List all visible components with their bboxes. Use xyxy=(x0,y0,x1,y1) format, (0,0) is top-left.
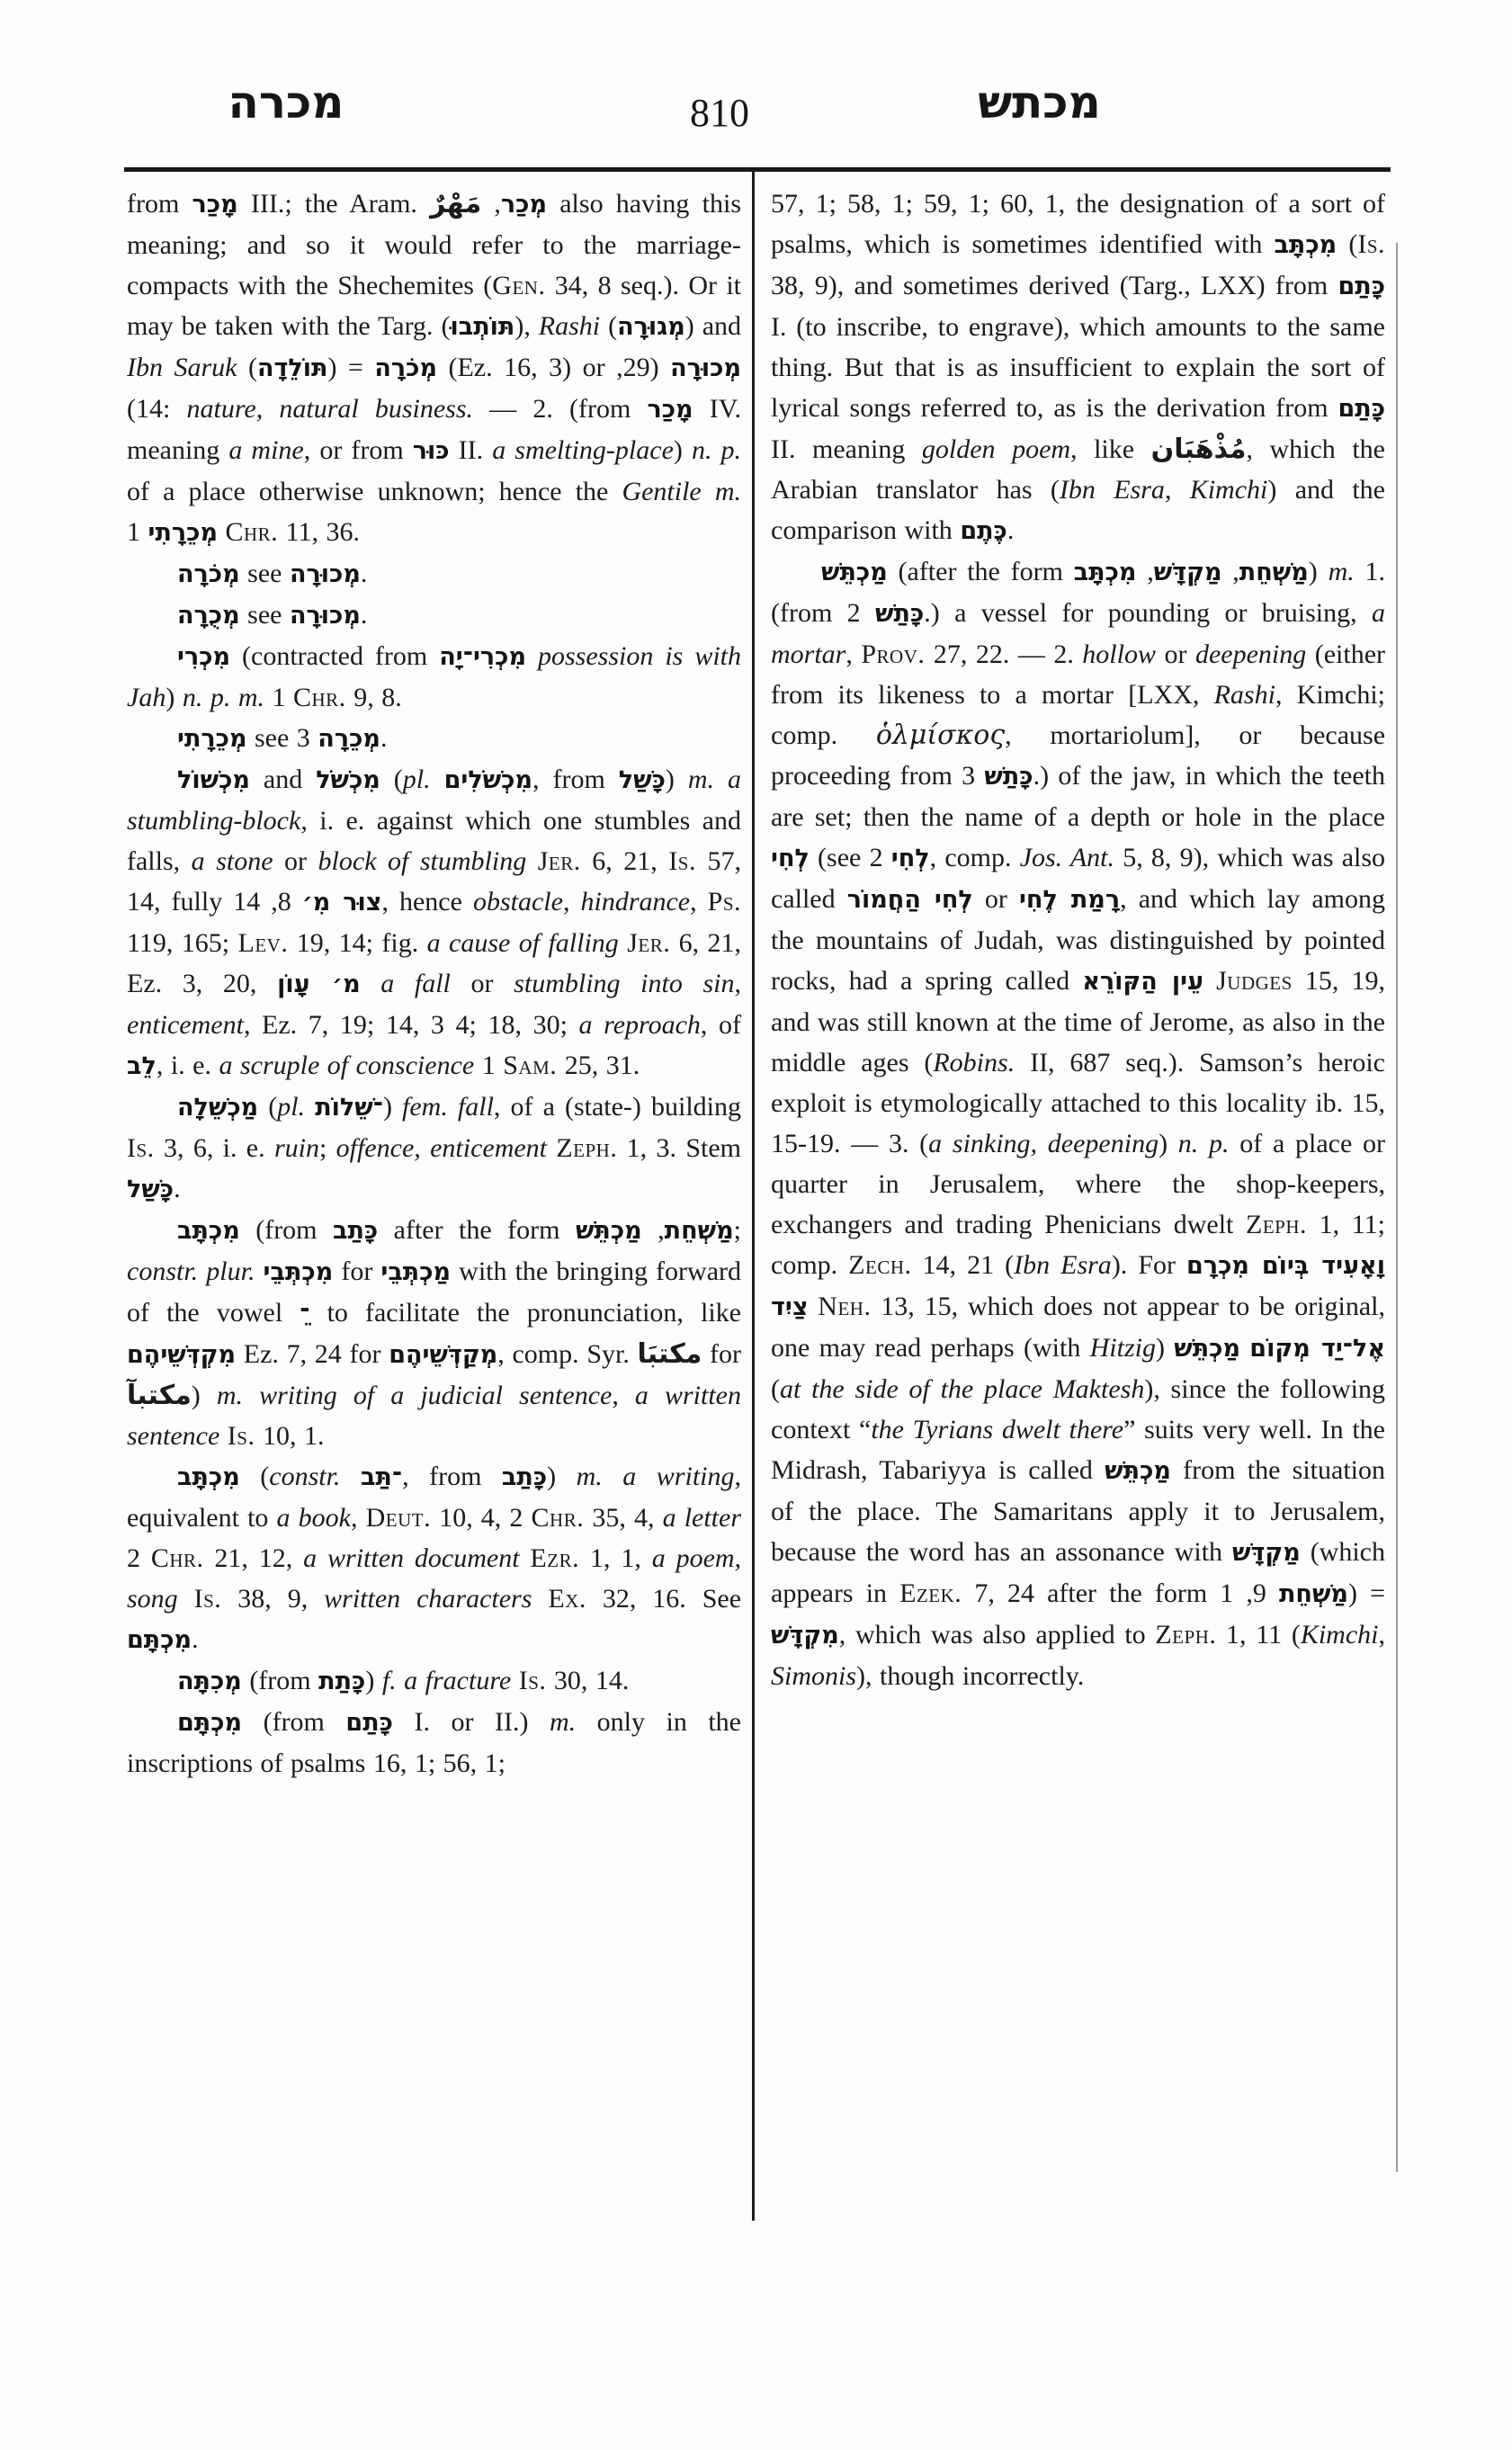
body-text: 14, 21 ( xyxy=(912,1250,1015,1280)
body-text xyxy=(305,1092,315,1122)
body-text xyxy=(361,969,381,998)
body-text: ( xyxy=(237,353,257,382)
body-text: see xyxy=(246,723,296,753)
body-text: ) and xyxy=(685,311,741,341)
italic-text: a fracture xyxy=(404,1666,511,1695)
italic-text: a scruple of conscience xyxy=(219,1051,474,1080)
body-text: , xyxy=(481,189,501,219)
body-text: — 2. (from xyxy=(473,394,647,424)
hebrew-text: מִכְרִי xyxy=(177,643,230,671)
body-text: , which was also applied to xyxy=(839,1620,1156,1650)
hebrew-text: מִכְתָּם xyxy=(127,1626,192,1654)
body-text: ; xyxy=(734,1215,741,1245)
body-text: II. xyxy=(450,435,493,465)
body-text: ; xyxy=(319,1133,336,1163)
entry-makhshelah: מַכְשֵׁלָה (pl. ־שֵׁלוֹת) fem. fall, of … xyxy=(127,1086,741,1210)
hebrew-text: ־תַּב xyxy=(361,1463,402,1491)
italic-text: offence, enticement xyxy=(336,1133,547,1163)
hebrew-text: צוּר מִ׳ xyxy=(302,889,382,917)
italic-text: n. p. m. xyxy=(183,683,264,712)
italic-text: ruin xyxy=(274,1133,319,1163)
body-text: 38, 9), and sometimes derived (Targ., LX… xyxy=(771,271,1338,300)
book-reference: Sam. xyxy=(503,1051,557,1080)
hebrew-text: מְגוּרָה xyxy=(617,313,685,341)
body-text: 21, 12, xyxy=(204,1543,304,1573)
body-text: 9, 8. xyxy=(346,683,402,712)
italic-text: nature, natural business. xyxy=(187,394,474,424)
body-text xyxy=(526,846,538,876)
body-text: 3, 6, i. e. xyxy=(155,1133,274,1163)
italic-text: hollow xyxy=(1082,639,1156,669)
hebrew-text: לְחִי xyxy=(771,845,810,872)
body-text: , comp. Syr. xyxy=(497,1339,637,1369)
body-text: . xyxy=(174,1174,181,1203)
hebrew-text: מִקְדָּשׁ xyxy=(771,1622,839,1650)
body-text: ) xyxy=(666,765,688,794)
italic-text: Ibn Esra, Kimchi xyxy=(1060,475,1267,505)
body-text: , xyxy=(1222,557,1239,586)
italic-text: a book xyxy=(277,1503,351,1533)
book-reference: Prov. xyxy=(861,639,925,669)
book-reference: Chr. xyxy=(532,1503,585,1533)
hebrew-text: לְחִי xyxy=(891,845,930,872)
book-reference: Ezr. xyxy=(530,1543,579,1573)
italic-text: a fall xyxy=(380,969,451,998)
body-text: for xyxy=(333,1256,380,1286)
body-text: , xyxy=(845,639,861,669)
body-text: ( xyxy=(240,1462,270,1491)
body-text: . xyxy=(361,600,368,630)
arabic-text: مَهْرٌ xyxy=(430,188,481,219)
entry-mikhtav-1: מִכְתָּב (from כָּתַב after the form מַש… xyxy=(127,1210,741,1456)
body-text xyxy=(511,1666,519,1695)
body-text: ) xyxy=(365,1666,382,1695)
hebrew-text: מְכֵרָתִי xyxy=(177,725,246,753)
italic-text: Ibn Saruk xyxy=(127,353,237,382)
italic-text: n. p. xyxy=(692,435,741,465)
arabic-text: مُذْهَبَان xyxy=(1151,434,1247,465)
body-text: or xyxy=(973,884,1019,914)
body-text: ) = xyxy=(327,353,374,382)
entry-mekhittah: מְכִתָּה (from כָּתַת) f. a fracture Is.… xyxy=(127,1660,741,1702)
italic-text: a cause of falling xyxy=(427,928,619,958)
italic-text: a smelting-place xyxy=(492,435,674,465)
italic-text: Gentile m. xyxy=(622,477,741,506)
body-text: 1, 1, xyxy=(579,1543,652,1573)
body-text: , or from xyxy=(304,435,413,465)
body-text: , xyxy=(642,1215,665,1245)
body-text: ) xyxy=(1156,1333,1174,1363)
body-text: ) xyxy=(674,435,692,465)
italic-text: m. xyxy=(550,1707,576,1737)
hebrew-text: מְכוּרָה xyxy=(290,560,361,588)
book-reference: Chr. xyxy=(293,683,346,712)
body-text: 2.) a vessel for pounding or bruising, xyxy=(847,598,1372,628)
body-text: ( xyxy=(1337,229,1357,259)
body-text: I. or II.) xyxy=(393,1707,550,1737)
hebrew-text: אֶל־יַד מְקוֹם xyxy=(1249,1335,1385,1363)
body-text: 35, 4, xyxy=(584,1503,662,1533)
book-reference: Zeph. xyxy=(1246,1210,1307,1239)
body-text xyxy=(255,1256,263,1286)
body-text: . xyxy=(1007,515,1015,545)
body-text xyxy=(397,1666,405,1695)
book-reference: Ex. xyxy=(548,1584,586,1614)
body-text: , like xyxy=(1070,434,1151,464)
book-reference: Neh. xyxy=(818,1292,871,1321)
body-text: 11, 36. xyxy=(278,517,360,547)
hebrew-text: מְכוּרָה xyxy=(290,602,361,630)
body-text: ), though incorrectly. xyxy=(856,1661,1084,1691)
hebrew-text: מַשְׁחֵת xyxy=(1239,559,1309,586)
header-hebrew-right: מכתש xyxy=(952,76,1127,130)
body-text: I. (to inscribe, to engrave), which amou… xyxy=(771,312,1385,423)
left-column: from מָכַר III.; the Aram. מְכַר, مَهْرٌ… xyxy=(127,183,741,1784)
body-text: or xyxy=(1156,639,1195,669)
italic-text: a reproach xyxy=(579,1010,701,1040)
entry-mekhorah-see: מְכֹרָה see מְכוּרָה. xyxy=(127,553,741,595)
body-text: (from xyxy=(240,1215,333,1245)
entry-mekhurah-see: מְכֻרָה see מְכוּרָה. xyxy=(127,595,741,636)
page-number: 810 xyxy=(657,90,783,136)
hebrew-text: מַכְשֵׁלָה xyxy=(177,1094,258,1122)
italic-text: Jos. Ant. xyxy=(1020,843,1114,872)
body-text: 38, 9, xyxy=(221,1584,324,1614)
hebrew-text: מִכְשֹׁלִים xyxy=(444,766,532,794)
book-reference: Chr. xyxy=(151,1543,204,1573)
hebrew-text: מְכֵרָתִי xyxy=(148,519,218,547)
book-reference: Zeph. xyxy=(1155,1620,1216,1650)
hebrew-text: מַשְׁחֵת xyxy=(665,1217,734,1245)
hebrew-text: רָמַת לֶחִי xyxy=(1019,886,1120,914)
hebrew-text: מִכְשֹׁל xyxy=(316,766,380,794)
italic-text: a writing xyxy=(622,1462,734,1491)
body-text xyxy=(714,765,728,794)
body-text: , xyxy=(1136,557,1153,586)
hebrew-text: מִכְרִי־יָה xyxy=(439,643,526,671)
body-text xyxy=(431,765,444,794)
body-text: , i. e. xyxy=(157,1051,219,1080)
italic-text: fem. fall xyxy=(402,1092,494,1122)
italic-text: Ibn Esra xyxy=(1014,1250,1112,1280)
hebrew-text: כָּתַב xyxy=(333,1217,378,1245)
body-text: 10, 4, 2 xyxy=(431,1503,531,1533)
hebrew-text: מְכֵרָה xyxy=(318,725,380,753)
book-reference: Ps. xyxy=(708,887,741,917)
body-text: 1, 3. Stem xyxy=(617,1133,741,1163)
hebrew-text: מִכְתְּבֵי xyxy=(264,1258,334,1286)
italic-text: pl. xyxy=(277,1092,305,1122)
italic-text: the Tyrians dwelt there xyxy=(871,1415,1123,1444)
body-text: ) xyxy=(192,1381,217,1410)
hebrew-text: כָּתַשׁ xyxy=(984,763,1033,791)
hebrew-text: מִכְתָּב xyxy=(177,1217,240,1245)
body-text: 32, 16. See xyxy=(586,1584,741,1614)
body-text: after the form xyxy=(378,1215,576,1245)
body-text: 6, 21, xyxy=(581,846,669,876)
hebrew-text: מְכוּרָה xyxy=(670,354,741,382)
body-text xyxy=(178,1584,194,1614)
body-text: or xyxy=(451,969,514,998)
body-text: II. meaning xyxy=(771,434,922,464)
body-text: 1, 11 ( xyxy=(1216,1620,1300,1650)
hebrew-text: כָּתַב xyxy=(502,1463,547,1491)
book-reference: Is. xyxy=(228,1421,255,1451)
italic-text: a sinking, deepening xyxy=(928,1129,1159,1158)
italic-text: m. writing of a judicial sentence xyxy=(217,1381,612,1410)
hebrew-text: מִקְדְּשֵׁיהֶם xyxy=(127,1341,236,1369)
hebrew-text: מְקַדְּשֵׁיהֶם xyxy=(389,1341,497,1369)
italic-text: a mine xyxy=(228,435,303,465)
hebrew-text: כָּתַת xyxy=(318,1668,365,1695)
italic-text: pl. xyxy=(403,765,431,794)
body-text: , xyxy=(612,1381,635,1410)
hebrew-text: מָכַר xyxy=(192,191,238,219)
syriac-text: مكتبآ xyxy=(127,1380,192,1411)
book-reference: Judges xyxy=(1216,966,1293,996)
italic-text: a written document xyxy=(303,1543,519,1573)
body-text: , xyxy=(1378,1620,1385,1650)
italic-text: block of stumbling xyxy=(318,846,527,876)
body-text xyxy=(340,1462,361,1491)
body-text: ) xyxy=(166,683,183,712)
italic-text: obstacle xyxy=(473,887,563,917)
body-text: to facilitate the pronunciation, like xyxy=(309,1298,741,1328)
book-reference: Is. xyxy=(519,1666,547,1695)
body-text xyxy=(1203,966,1216,996)
body-text: ( xyxy=(258,1092,277,1122)
body-text: (contracted from xyxy=(230,641,439,671)
body-text xyxy=(1240,1333,1249,1363)
hebrew-text: ־שֵׁלוֹת xyxy=(315,1094,383,1122)
body-text: 19, 14; fig. xyxy=(288,928,426,958)
hebrew-text: כָּשַׁל xyxy=(127,1176,174,1203)
entry-mikhtam: מִכְתָּם (from כָּתַם I. or II.) m. only… xyxy=(127,1702,741,1784)
italic-text: constr. xyxy=(269,1462,340,1491)
body-text: ( xyxy=(600,311,617,341)
hebrew-text: מְכַר xyxy=(501,191,547,219)
syriac-text: مكتبَا xyxy=(638,1338,702,1370)
dictionary-page: מכרה 810 מכתש from מָכַר III.; the Aram.… xyxy=(0,0,1512,2450)
italic-text: n. p. xyxy=(1178,1129,1230,1158)
header-rule xyxy=(124,167,1391,172)
italic-text: a stone xyxy=(192,846,273,876)
body-text: 2 xyxy=(127,1543,151,1573)
hebrew-text: מְכֹרָה xyxy=(374,354,437,382)
body-text xyxy=(808,1292,818,1321)
body-text: or xyxy=(273,846,318,876)
body-text: ( xyxy=(771,1374,780,1404)
book-reference: Chr. xyxy=(225,517,278,547)
hebrew-text: מְכֻרָה xyxy=(177,602,240,630)
body-text: (see xyxy=(810,843,870,872)
hebrew-text: מ׳ עָוֹן xyxy=(277,970,361,998)
book-reference: Is. xyxy=(1357,229,1385,259)
header-hebrew-left: מכרה xyxy=(205,76,367,130)
hebrew-text: מַכְתֵּשׁ xyxy=(576,1217,642,1245)
body-text: 119, 165; xyxy=(127,928,238,958)
hebrew-text: לֵב xyxy=(127,1052,157,1080)
hebrew-text: מִכְתָּב xyxy=(1274,231,1337,259)
book-reference: Zeph. xyxy=(556,1133,617,1163)
hebrew-text: מַכְתֵּשׁ xyxy=(821,559,888,586)
body-text: , xyxy=(735,969,742,998)
body-text: . xyxy=(361,559,368,588)
italic-text: Rashi xyxy=(539,311,600,341)
entry-mikhtav-2: מִכְתָּב (constr. ־תַּב, from כָּתַב) m.… xyxy=(127,1456,741,1660)
entry-mikhri: מִכְרִי (contracted from מִכְרִי־יָה pos… xyxy=(127,636,741,718)
italic-text: written characters xyxy=(324,1584,532,1614)
italic-text: at the side of the place Maktesh xyxy=(780,1374,1144,1404)
body-text: ) xyxy=(1159,1129,1178,1158)
hebrew-text: מְכֹרָה xyxy=(177,560,240,588)
body-text: 27, 22. — 2. xyxy=(925,639,1082,669)
italic-text: Robins. xyxy=(933,1048,1015,1077)
italic-text: Simonis xyxy=(771,1661,856,1691)
right-column: 57, 1; 58, 1; 59, 1; 60, 1, the designat… xyxy=(771,183,1385,1696)
body-text: see xyxy=(240,600,290,630)
body-text: ) xyxy=(1309,557,1329,586)
body-text xyxy=(526,641,538,671)
italic-text: Kimchi xyxy=(1301,1620,1379,1650)
hebrew-text: מִכְתָּם xyxy=(177,1709,242,1737)
body-text xyxy=(547,1133,556,1163)
italic-text: m. xyxy=(577,1462,603,1491)
column-divider xyxy=(752,172,755,2221)
hebrew-text: כָּתַשׁ xyxy=(875,600,924,628)
hebrew-text: מִכְתָּב xyxy=(1074,559,1137,586)
italic-text: stumbling into sin xyxy=(514,969,734,998)
body-text: , Ez. 7, 19; 14, 3 4; 18, 30; xyxy=(244,1010,579,1040)
body-text: and xyxy=(250,765,316,794)
hebrew-text: מַקְדָּשׁ xyxy=(1154,559,1222,586)
italic-text: hindrance xyxy=(580,887,690,917)
book-reference: Ezek. xyxy=(899,1578,962,1608)
body-text: , from xyxy=(532,765,619,794)
book-reference: Is. xyxy=(194,1584,222,1614)
body-text: from xyxy=(127,189,192,219)
body-text: ) xyxy=(383,1092,402,1122)
book-reference: Lev. xyxy=(238,928,289,958)
body-text: 25, 31. xyxy=(557,1051,640,1080)
italic-text: constr. plur. xyxy=(127,1256,255,1286)
body-text: , from xyxy=(402,1462,502,1491)
italic-text: golden poem xyxy=(922,434,1070,464)
continued-entry-makar: from מָכַר III.; the Aram. מְכַר, مَهْرٌ… xyxy=(127,183,741,553)
hebrew-text: תּוֹלֵדָה xyxy=(257,354,327,382)
hebrew-text: ־ֵ xyxy=(300,1300,309,1328)
body-text: 1 xyxy=(474,1051,503,1080)
hebrew-text: מִכְשׁוֹל xyxy=(177,766,250,794)
italic-text: m. xyxy=(688,765,714,794)
italic-text: m. xyxy=(1329,557,1355,586)
hebrew-text: כֶּתֶם xyxy=(960,517,1007,545)
continued-entry-mikhtam: 57, 1; 58, 1; 59, 1; 60, 1, the designat… xyxy=(771,183,1385,551)
book-reference: Is. xyxy=(668,846,696,876)
body-text: see xyxy=(240,559,290,588)
hebrew-text: תּוֹתְבוּ xyxy=(450,313,514,341)
hebrew-text: כּוּר xyxy=(413,437,450,465)
body-text: 10, 1. xyxy=(255,1421,324,1451)
entry-makhtesh: מַכְתֵּשׁ (after the form מַשְׁחֵת, מַקְ… xyxy=(771,551,1385,1696)
body-text: 7, 24 after the form xyxy=(962,1578,1220,1608)
body-text: of a place otherwise unknown; hence the xyxy=(127,477,622,506)
italic-text: f. xyxy=(382,1666,397,1695)
hebrew-text: מַקְדָּשׁ xyxy=(1232,1539,1301,1567)
book-reference: Zech. xyxy=(848,1250,911,1280)
hebrew-text: מַשְׁחֵת xyxy=(1279,1580,1348,1608)
body-text xyxy=(619,928,627,958)
hebrew-text: מַכְתֵּשׁ xyxy=(1174,1335,1240,1363)
greek-text: ὁλμίσκος xyxy=(876,720,1005,751)
hebrew-text: כָּשַׁל xyxy=(619,766,666,794)
body-text: (after the form xyxy=(888,557,1074,586)
italic-text: Hitzig xyxy=(1090,1333,1156,1363)
book-reference: Is. xyxy=(127,1133,155,1163)
body-text xyxy=(603,1462,623,1491)
body-text: 1 xyxy=(264,683,293,712)
body-text: , xyxy=(351,1503,366,1533)
hebrew-text: עֵין הַקּוֹרֵא xyxy=(1082,968,1203,996)
body-text: for xyxy=(702,1339,741,1369)
body-text xyxy=(219,1421,228,1451)
body-text: III.; the Aram. xyxy=(238,189,431,219)
body-text: ) xyxy=(547,1462,577,1491)
hebrew-text: מָכַר xyxy=(647,396,693,424)
body-text: ), xyxy=(514,311,538,341)
body-text: , of xyxy=(701,1010,741,1040)
book-reference: Jer. xyxy=(538,846,581,876)
body-text: (from xyxy=(242,1707,345,1737)
book-reference: Gen. xyxy=(492,271,545,300)
entry-mekherathi-see: מְכֵרָתִי see מְכֵרָה 3. xyxy=(127,718,741,759)
body-text xyxy=(532,1584,548,1614)
body-text xyxy=(520,1543,531,1573)
hebrew-text: מִכְתָּב xyxy=(177,1463,240,1491)
body-text: ). For xyxy=(1112,1250,1186,1280)
book-reference: Deut. xyxy=(366,1503,432,1533)
italic-text: Rashi xyxy=(1214,680,1275,710)
italic-text: a letter xyxy=(663,1503,741,1533)
body-text: 30, 14. xyxy=(546,1666,629,1695)
italic-text: deepening xyxy=(1195,639,1306,669)
hebrew-text: לְחִי הַחֲמוֹר xyxy=(847,886,973,914)
body-text: , xyxy=(563,887,581,917)
hebrew-text: כָּתַם xyxy=(1338,395,1385,423)
hebrew-text: כָּתַם xyxy=(1338,273,1385,300)
hebrew-text: כָּתַם xyxy=(345,1709,393,1737)
body-text: , of a (state-) building xyxy=(494,1092,741,1122)
italic-text: enticement xyxy=(127,1010,244,1040)
body-text: , xyxy=(690,887,708,917)
hebrew-text: מְכִתָּה xyxy=(177,1668,242,1695)
entry-mikhshol: מִכְשׁוֹל and מִכְשֹׁל (pl. מִכְשֹׁלִים,… xyxy=(127,759,741,1086)
scan-edge-line xyxy=(1396,243,1398,2172)
hebrew-text: מַכְתְּבֵי xyxy=(380,1258,451,1286)
body-text: ( xyxy=(380,765,403,794)
book-reference: Jer. xyxy=(627,928,670,958)
hebrew-text: מַכְתֵּשׁ xyxy=(1105,1457,1171,1485)
body-text: . xyxy=(192,1624,199,1654)
body-text: (from xyxy=(242,1666,318,1695)
body-text: (Ez. 16, 3) or xyxy=(437,353,616,382)
body-text: Ez. 7, 24 for xyxy=(236,1339,389,1369)
